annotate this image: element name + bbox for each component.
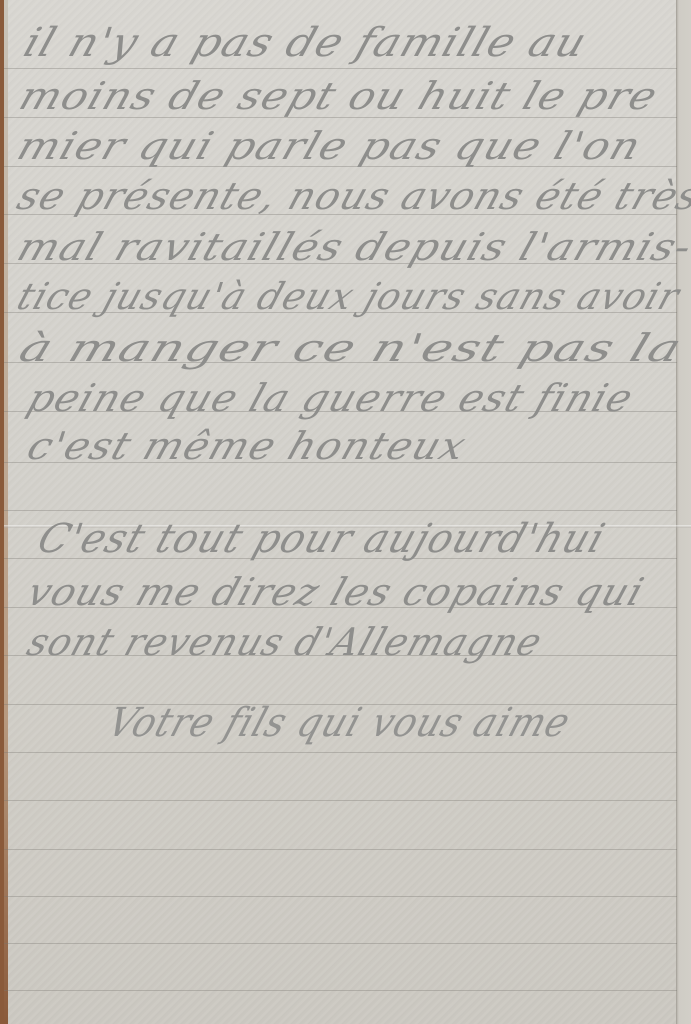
letter-line: moins de sept ou huit le pre [14, 74, 664, 118]
letter-line: peine que la guerre est finie [22, 376, 639, 420]
ruled-line [4, 990, 677, 991]
page-fold-strip [676, 0, 691, 1024]
table-edge [4, 0, 8, 1024]
ruled-line [4, 800, 677, 801]
letter-line: c'est même honteux [22, 424, 472, 468]
letter-line: tice jusqu'à deux jours sans avoir [12, 275, 685, 318]
letter-line: mier qui parle pas que l'on [12, 124, 647, 168]
letter-line: à manger ce n'est pas la [14, 326, 688, 370]
letter-line: sont revenus d'Allemagne [22, 620, 548, 664]
letter-line: vous me direz les copains qui [22, 570, 650, 614]
letter-line: il n'y a pas de famille au [18, 20, 593, 66]
ruled-line [4, 510, 677, 511]
letter-line: C'est tout pour aujourd'hui [32, 516, 611, 562]
ruled-line [4, 849, 677, 850]
letter-line: se présente, nous avons été très [12, 174, 691, 218]
ruled-line [4, 943, 677, 944]
ruled-line [4, 752, 677, 753]
ruled-line [4, 68, 677, 69]
ruled-line [4, 896, 677, 897]
signature-line: Votre fils qui vous aime [102, 700, 576, 746]
letter-line: mal ravitaillés depuis l'armis- [12, 225, 691, 269]
letter-page: il n'y a pas de famille au moins de sept… [4, 0, 691, 1024]
